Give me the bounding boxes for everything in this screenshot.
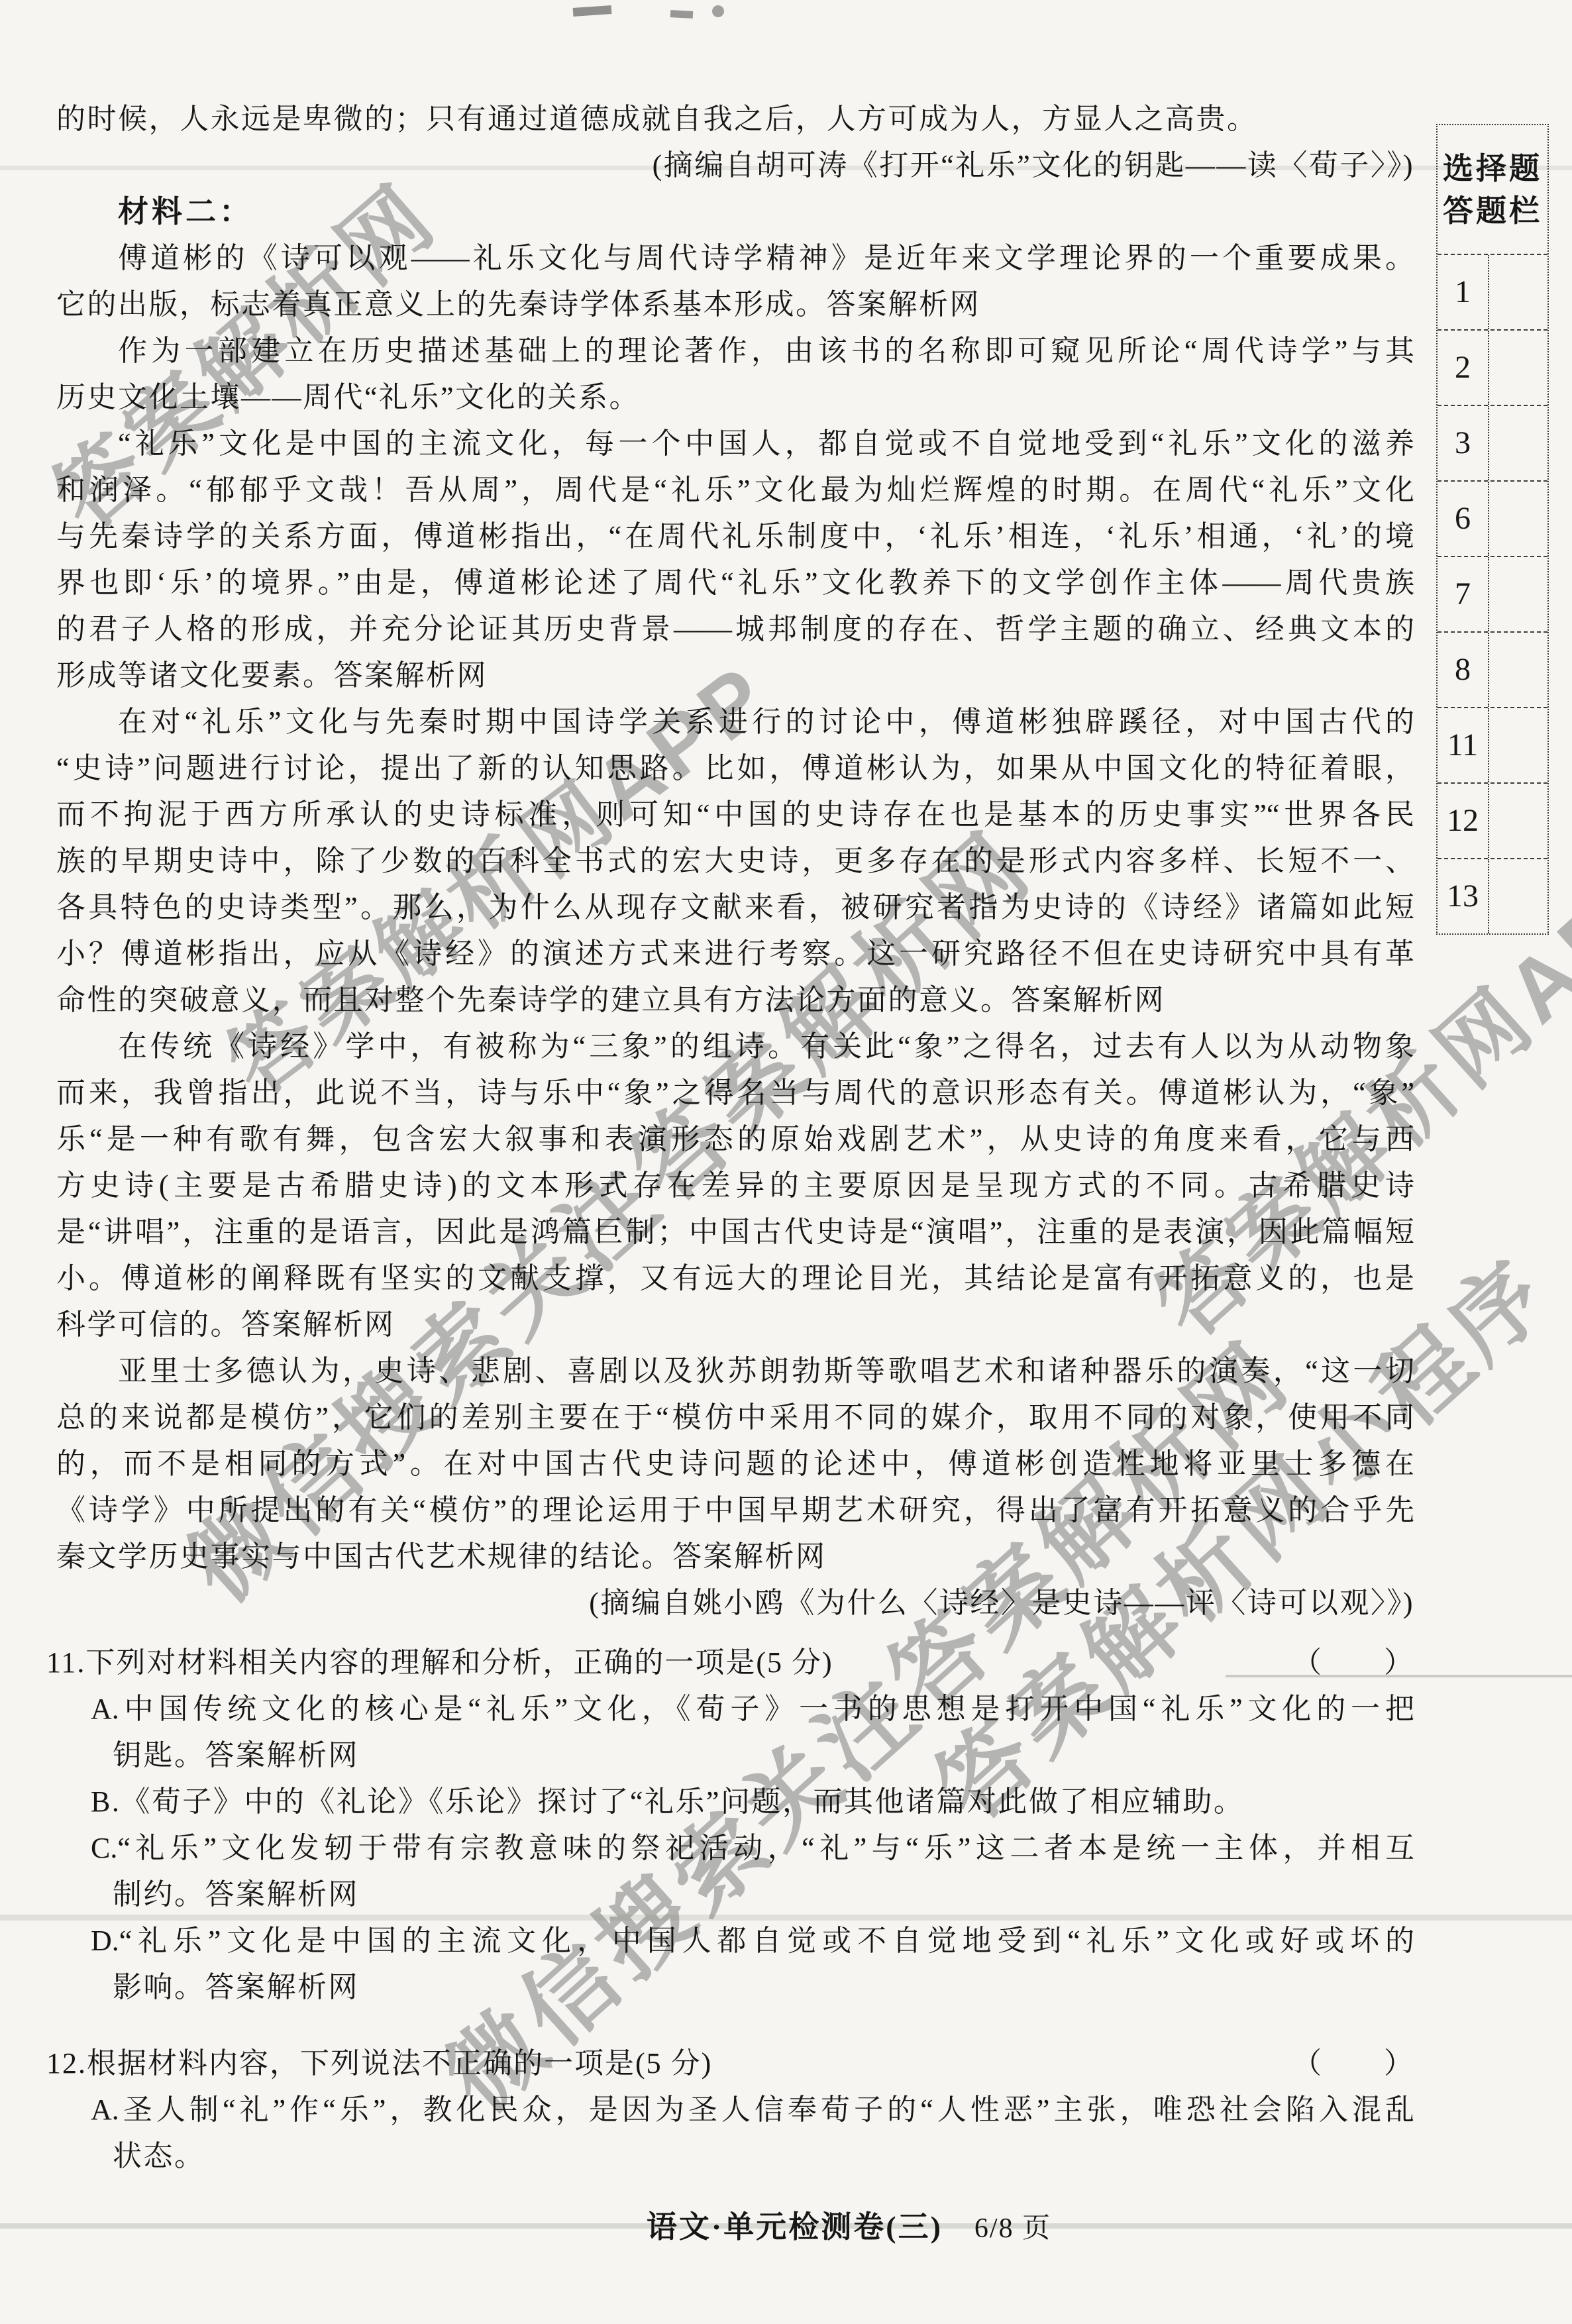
option-line: 制约。答案解析网 [113,1872,1471,1918]
text-line: 科学可信的。答案解析网 [56,1302,1414,1348]
answer-row: 11 [1438,708,1547,784]
text-line: 秦文学历史事实与中国古代艺术规律的结论。答案解析网 [56,1534,1414,1580]
text-line: 小。傅道彬的阐释既有坚实的文献支撑，又有远大的理论目光，其结论是富有开拓意义的，… [56,1255,1414,1302]
text-line: (摘编自姚小鸥《为什么〈诗经〉是史诗——评〈诗可以观〉》) [56,1580,1414,1626]
answer-blank-cell [1489,482,1547,556]
question-text: 12.根据材料内容，下列说法不正确的一项是(5 分) [46,2040,712,2087]
question-number: 7 [1438,557,1489,631]
question-number: 6 [1438,482,1489,556]
question-number: 12 [1438,784,1489,858]
question-line: 12.根据材料内容，下列说法不正确的一项是(5 分)（ ） [46,2040,1414,2087]
answer-blank-cell [1489,331,1547,405]
text-line: 的，而不是相同的方式”。在对中国古代史诗问题的论述中，傅道彬创造性地将亚里士多德… [56,1441,1414,1487]
answer-bracket: （ ） [1292,2040,1414,2087]
text-line: 乐“是一种有歌有舞，包含宏大叙事和表演形态的原始戏剧艺术”，从史诗的角度来看，它… [56,1116,1414,1163]
option-line: A.圣人制“礼”作“乐”，教化民众，是因为圣人信奉荀子的“人性恶”主张，唯恐社会… [91,2087,1414,2133]
text-line: 的君子人格的形成，并充分论证其历史背景——城邦制度的存在、哲学主题的确立、经典文… [56,606,1414,653]
text-line: 傅道彬的《诗可以观——礼乐文化与周代诗学精神》是近年来文学理论界的一个重要成果。 [56,235,1414,282]
answer-row: 8 [1438,633,1547,708]
option-line: 影响。答案解析网 [113,1964,1471,2011]
answer-grid-title-line1: 选择题 [1438,148,1547,190]
option-line: 钥匙。答案解析网 [113,1732,1471,1779]
question-number: 8 [1438,633,1489,707]
scan-speck [573,5,612,17]
question-text: 11.下列对材料相关内容的理解和分析，正确的一项是(5 分) [46,1640,833,1686]
text-line: 方史诗(主要是古希腊史诗)的文本形式存在差异的主要原因是呈现方式的不同。古希腊史… [56,1163,1414,1209]
answer-bracket: （ ） [1292,1640,1414,1686]
answer-grid-title: 选择题 答题栏 [1438,125,1547,255]
text-line: 的时候，人永远是卑微的；只有通过道德成就自我之后，人方可成为人，方显人之高贵。 [56,96,1414,142]
answer-grid-rows: 123678111213 [1438,255,1547,933]
text-line: 在对“礼乐”文化与先秦时期中国诗学关系进行的讨论中，傅道彬独辟蹊径，对中国古代的 [56,699,1414,745]
text-line: 历史文化土壤——周代“礼乐”文化的关系。 [56,374,1414,421]
answer-blank-cell [1489,784,1547,858]
text-line: “史诗”问题进行讨论，提出了新的认知思路。比如，傅道彬认为，如果从中国文化的特征… [56,745,1414,792]
answer-blank-cell [1489,406,1547,480]
text-line: 而来，我曾指出，此说不当，诗与乐中“象”之得名当与周代的意识形态有关。傅道彬认为… [56,1070,1414,1116]
answer-row: 2 [1438,331,1547,406]
scan-speck [670,10,694,19]
answer-row: 12 [1438,784,1547,859]
option-line: C.“礼乐”文化发轫于带有宗教意味的祭祀活动，“礼”与“乐”这二者本是统一主体，… [91,1825,1414,1872]
page-footer: 语文·单元检测卷(三) 6/8 页 [63,2203,1572,2246]
option-line: A.中国传统文化的核心是“礼乐”文化，《荀子》一书的思想是打开中国“礼乐”文化的… [91,1686,1414,1732]
text-line: 界也即‘乐’的境界。”由是，傅道彬论述了周代“礼乐”文化教养下的文学创作主体——… [56,560,1414,606]
text-line: 亚里士多德认为，史诗、悲剧、喜剧以及狄苏朗勃斯等歌唱艺术和诸种器乐的演奏，“这一… [56,1348,1414,1395]
text-line: 与先秦诗学的关系方面，傅道彬指出，“在周代礼乐制度中，‘礼乐’相连，‘礼乐’相通… [56,513,1414,560]
question-number: 2 [1438,331,1489,405]
option-line: B.《荀子》中的《礼论》《乐论》探讨了“礼乐”问题，而其他诸篇对此做了相应辅助。 [91,1779,1449,1825]
footer-page-number: 6/8 页 [974,2206,1051,2246]
text-line: 总的来说都是模仿”，它们的差别主要在于“模仿中采用不同的媒介，取用不同的对象，使… [56,1395,1414,1441]
question-number: 11 [1438,708,1489,782]
text-line: 而不拘泥于西方所承认的史诗标准，则可知“中国的史诗存在也是基本的历史事实”“世界… [56,792,1414,838]
option-line: 状态。 [113,2133,1471,2180]
text-line: 命性的突破意义，而且对整个先秦诗学的建立具有方法论方面的意义。答案解析网 [56,977,1414,1024]
text-line: 形成等诸文化要素。答案解析网 [56,653,1414,699]
answer-row: 3 [1438,406,1547,482]
answer-row: 13 [1438,859,1547,933]
answer-row: 1 [1438,255,1547,331]
answer-blank-cell [1489,859,1547,933]
answer-blank-cell [1489,708,1547,782]
question-number: 3 [1438,406,1489,480]
answer-row: 7 [1438,557,1547,633]
answer-grid: 选择题 答题栏 123678111213 [1436,124,1549,935]
text-line: 各具特色的史诗类型”。那么，为什么从现存文献来看，被研究者指为史诗的《诗经》诸篇… [56,884,1414,931]
text-line: 材料二： [56,189,1414,235]
answer-blank-cell [1489,255,1547,329]
text-line: 和润泽。“郁郁乎文哉！吾从周”，周代是“礼乐”文化最为灿烂辉煌的时期。在周代“礼… [56,467,1414,513]
answer-grid-title-line2: 答题栏 [1438,190,1547,233]
text-line: 《诗学》中所提出的有关“模仿”的理论运用于中国早期艺术研究，得出了富有开拓意义的… [56,1487,1414,1534]
scan-speck [712,5,724,17]
question-line: 11.下列对材料相关内容的理解和分析，正确的一项是(5 分)（ ） [46,1640,1414,1686]
text-line: 它的出版，标志着真正意义上的先秦诗学体系基本形成。答案解析网 [56,282,1414,328]
text-line: 小？傅道彬指出，应从《诗经》的演述方式来进行考察。这一研究路径不但在史诗研究中具… [56,931,1414,977]
text-line: “礼乐”文化是中国的主流文化，每一个中国人，都自觉或不自觉地受到“礼乐”文化的滋… [56,421,1414,467]
exam-page: 答案解析网答案解析网APP微信搜索关注答案解析网微信搜索关注答案解析网答案解析网… [0,0,1572,2324]
answer-blank-cell [1489,557,1547,631]
footer-title: 语文·单元检测卷(三) [647,2203,943,2246]
question-number: 13 [1438,859,1489,933]
text-line: 在传统《诗经》学中，有被称为“三象”的组诗。有关此“象”之得名，过去有人以为从动… [56,1024,1414,1070]
question-number: 1 [1438,255,1489,329]
option-line: D.“礼乐”文化是中国的主流文化，中国人都自觉或不自觉地受到“礼乐”文化或好或坏… [91,1918,1414,1964]
text-line: 族的早期史诗中，除了少数的百科全书式的宏大史诗，更多存在的是形式内容多样、长短不… [56,838,1414,884]
answer-blank-cell [1489,633,1547,707]
text-line: 是“讲唱”，注重的是语言，因此是鸿篇巨制；中国古代史诗是“演唱”，注重的是表演，… [56,1209,1414,1255]
answer-row: 6 [1438,482,1547,557]
text-line: 作为一部建立在历史描述基础上的理论著作，由该书的名称即可窥见所论“周代诗学”与其 [56,328,1414,374]
text-line: (摘编自胡可涛《打开“礼乐”文化的钥匙——读〈荀子〉》) [56,142,1414,189]
